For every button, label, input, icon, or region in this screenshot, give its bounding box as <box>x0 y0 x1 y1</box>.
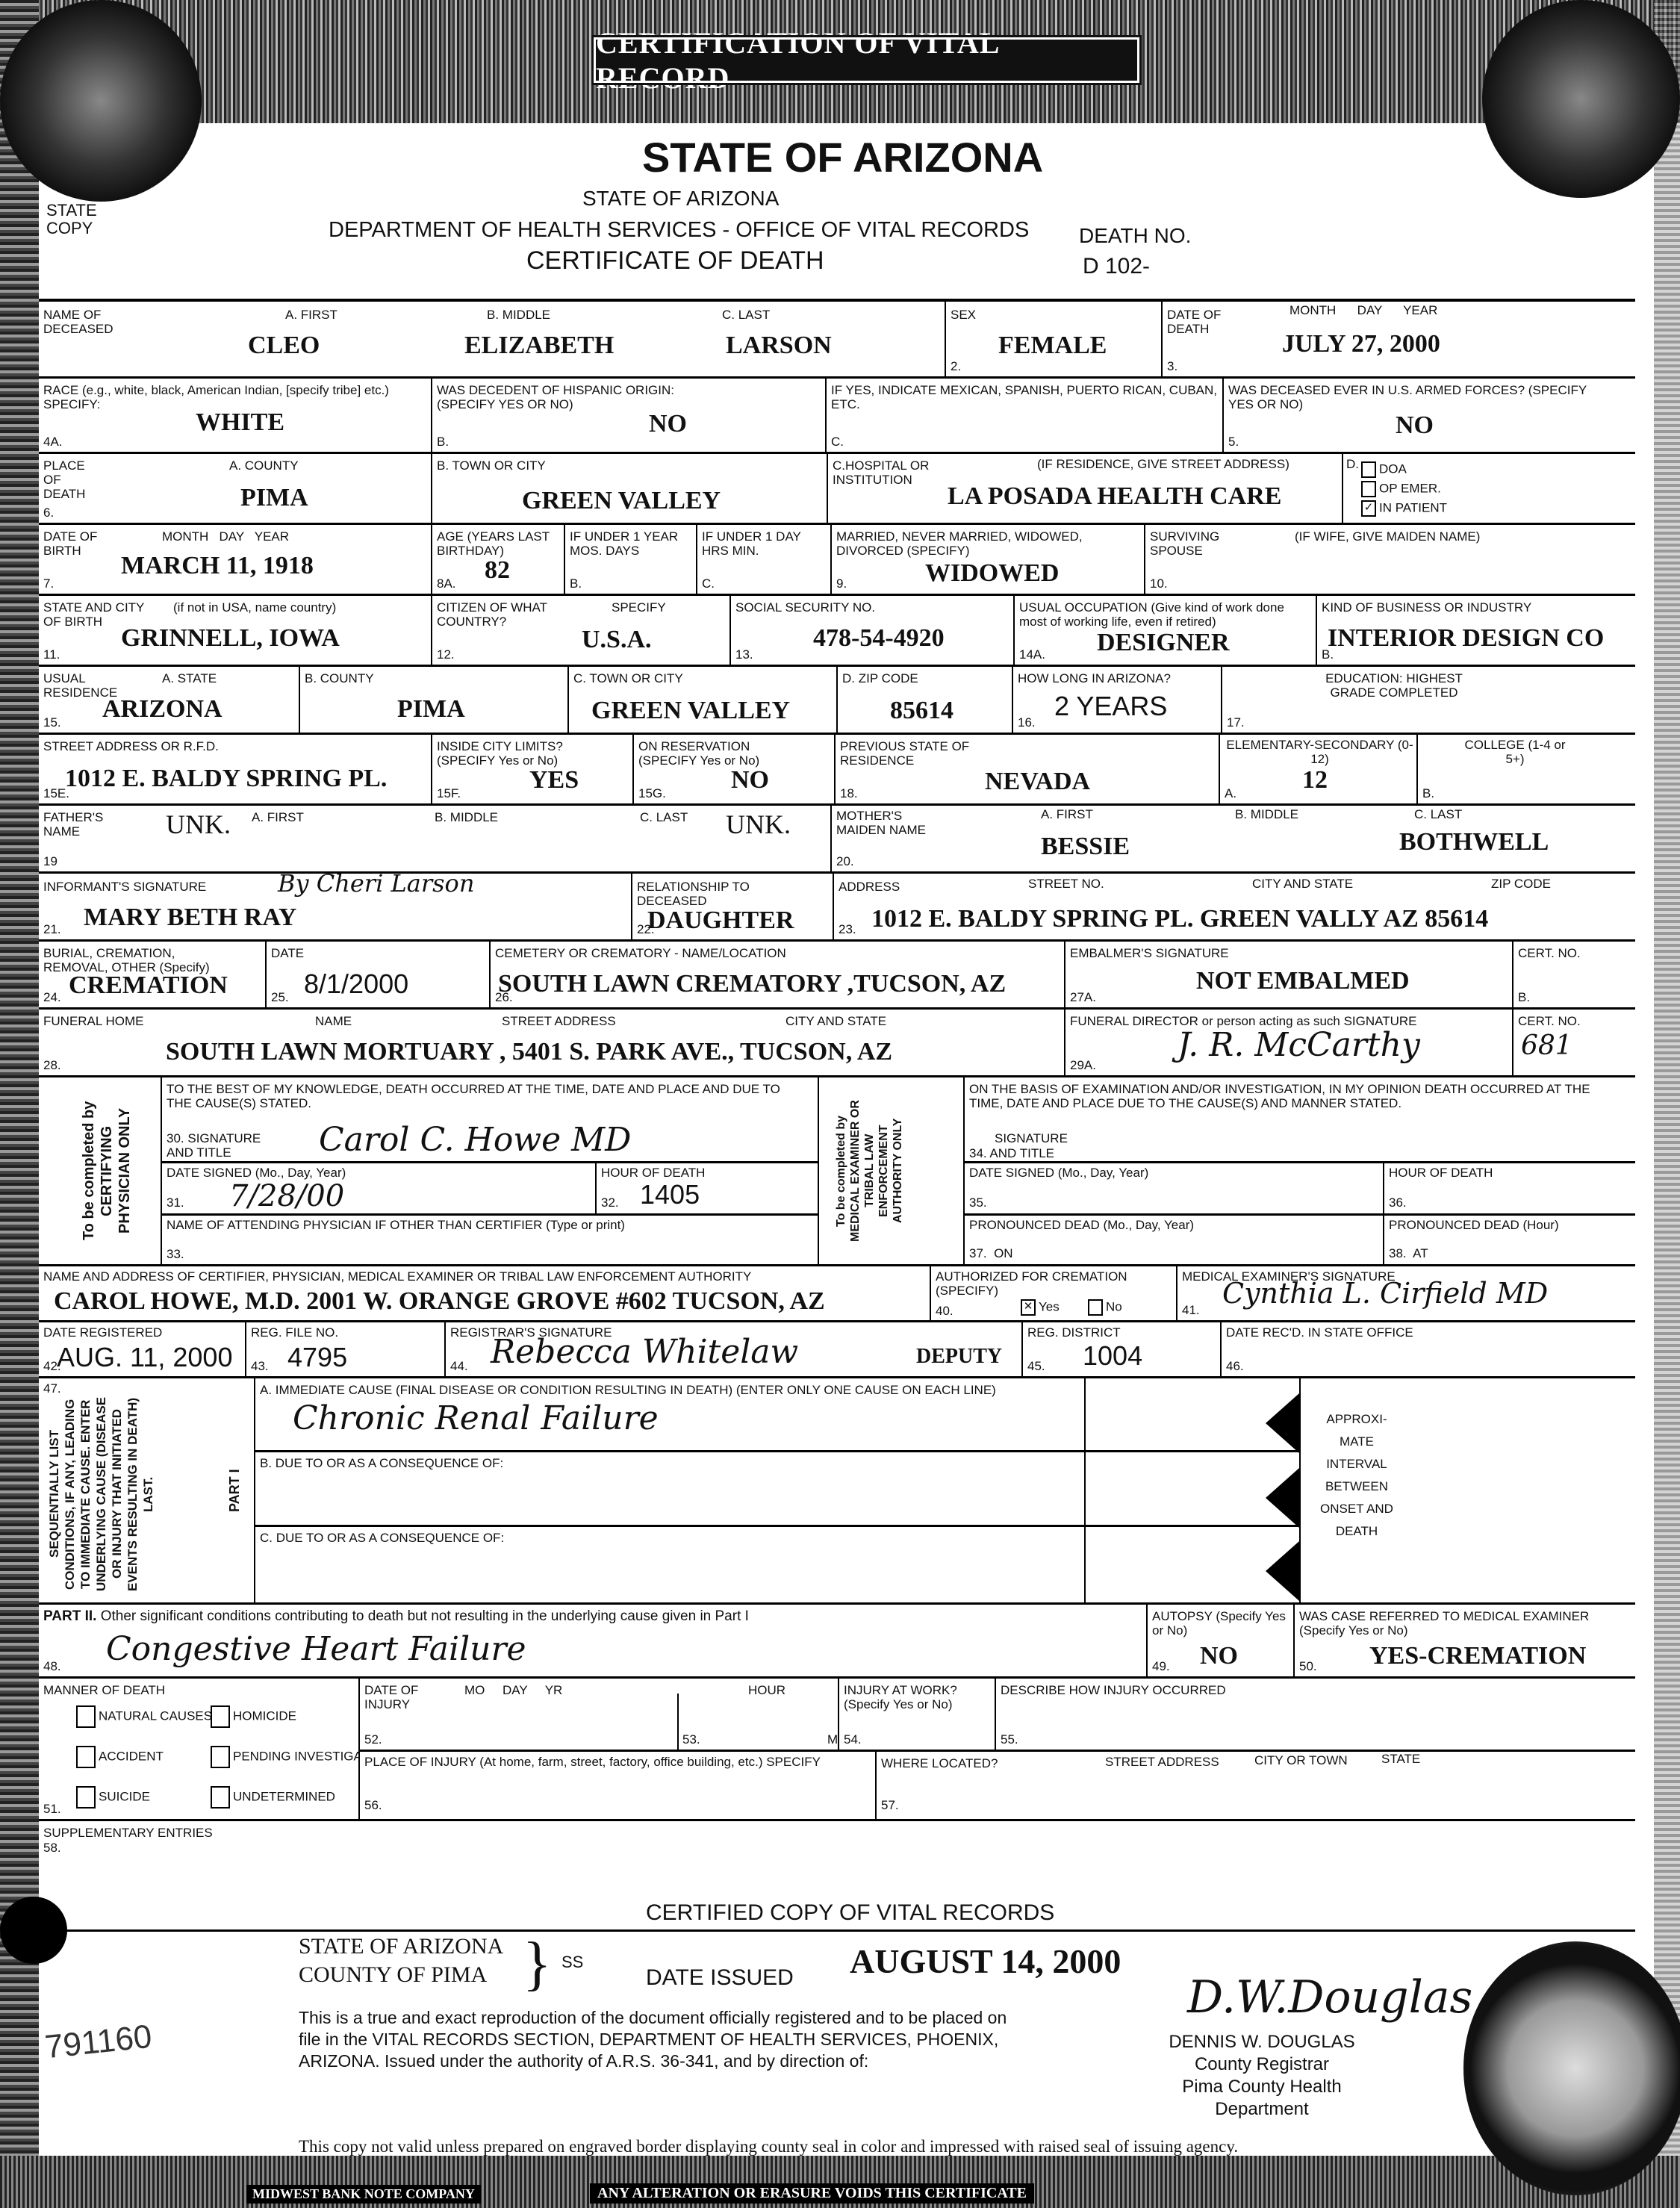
field-occupation: USUAL OCCUPATION (Give kind of work done… <box>1015 596 1317 665</box>
middle-name: ELIZABETH <box>464 332 614 360</box>
field-reg-file-no: REG. FILE NO. 4795 43. <box>246 1322 446 1376</box>
field-label: ON RESERVATION (SPECIFY Yes or No) <box>638 739 788 768</box>
field-residence-state: USUAL RESIDENCE A. STATE ARIZONA 15. <box>39 667 300 733</box>
field-label: APPROXI- MATE INTERVAL BETWEEN ONSET AND… <box>1316 1408 1398 1543</box>
field-value: 12 <box>1302 766 1328 794</box>
field-value: NEVADA <box>985 768 1090 796</box>
field-number: 14A. <box>1019 647 1045 662</box>
field-label: MONTH DAY YEAR <box>1289 303 1437 317</box>
immediate-cause: Chronic Renal Failure <box>293 1399 659 1437</box>
field-label: INSIDE CITY LIMITS? (SPECIFY Yes or No) <box>437 739 586 768</box>
field-number: 6. <box>43 506 54 520</box>
cremation-no-checkbox[interactable]: No <box>1088 1299 1122 1316</box>
field-funeral-home: FUNERAL HOME NAME STREET ADDRESS CITY AN… <box>39 1010 1065 1075</box>
field-elementary-secondary: ELEMENTARY-SECONDARY (0-12) 12 A. <box>1220 735 1418 803</box>
field-referred-me: WAS CASE REFERRED TO MEDICAL EXAMINER (S… <box>1295 1605 1635 1676</box>
field-value: DESIGNER <box>1097 629 1230 657</box>
field-label: (if not in USA, name country) <box>173 600 336 615</box>
field-label: 58. <box>43 1841 61 1855</box>
field-label: D. ZIP CODE <box>842 671 918 685</box>
physician-side-label: To be completed by CERTIFYING PHYSICIAN … <box>39 1077 162 1264</box>
field-label: FUNERAL HOME <box>43 1014 143 1028</box>
copy-type: STATE COPY <box>46 202 106 237</box>
field-label: 53. <box>682 1732 700 1747</box>
field-number: 2. <box>951 359 961 374</box>
field-value: MARCH 11, 1918 <box>121 552 314 580</box>
field-number: 29A. <box>1070 1058 1096 1073</box>
field-date-registered: DATE REGISTERED AUG. 11, 2000 42. <box>39 1322 246 1376</box>
field-value: MARY BETH RAY <box>84 904 296 932</box>
field-disposition-method: BURIAL, CREMATION, REMOVAL, OTHER (Speci… <box>39 942 267 1007</box>
field-label: AUTHORIZED FOR CREMATION (SPECIFY) <box>936 1269 1160 1298</box>
row-race: RACE (e.g., white, black, American India… <box>39 379 1635 454</box>
field-value: UNK. <box>166 809 231 840</box>
field-label: DATE REC'D. IN STATE OFFICE <box>1226 1325 1413 1340</box>
field-value: GREEN VALLEY <box>522 487 721 515</box>
field-number: 43. <box>251 1359 269 1374</box>
field-label: CITY OR TOWN <box>1254 1753 1348 1767</box>
field-manner-of-death: MANNER OF DEATH NATURAL CAUSES HOMICIDE … <box>39 1679 360 1819</box>
page-title: STATE OF ARIZONA <box>642 133 1043 181</box>
field-label: C. LAST <box>640 810 688 824</box>
field-label: (IF RESIDENCE, GIVE STREET ADDRESS) <box>1037 457 1289 471</box>
date-issued-value: AUGUST 14, 2000 <box>850 1941 1121 1981</box>
field-residence-county: B. COUNTY PIMA <box>300 667 569 733</box>
informant-signature: By Cheri Larson <box>278 874 474 898</box>
field-value: BESSIE <box>1041 833 1130 861</box>
field-label: IF UNDER 1 DAY HRS MIN. <box>702 529 829 558</box>
field-value: LA POSADA HEALTH CARE <box>948 482 1281 511</box>
field-label: D. <box>1346 457 1359 471</box>
field-value: GREEN VALLEY <box>591 697 790 725</box>
field-label: STATE <box>1381 1752 1420 1766</box>
corner-seal-top-right-icon <box>1482 0 1680 198</box>
field-value: 1012 E. BALDY SPRING PL. GREEN VALLY AZ … <box>871 905 1488 933</box>
certification-statement: This is a true and exact reproduction of… <box>299 2007 1015 2072</box>
row-manner-of-death: MANNER OF DEATH NATURAL CAUSES HOMICIDE … <box>39 1679 1635 1821</box>
pima-county-seal-icon <box>1463 1941 1680 2195</box>
field-father-name: FATHER'S NAME A. FIRST B. MIDDLE C. LAST… <box>39 806 832 871</box>
field-race: RACE (e.g., white, black, American India… <box>39 379 432 452</box>
field-label: MARRIED, NEVER MARRIED, WIDOWED, DIVORCE… <box>836 529 1135 558</box>
field-label: BURIAL, CREMATION, REMOVAL, OTHER (Speci… <box>43 946 223 974</box>
manner-accident-checkbox[interactable]: ACCIDENT <box>76 1746 164 1768</box>
field-reg-district: REG. DISTRICT 1004 45. <box>1023 1322 1222 1376</box>
field-number: 20. <box>836 854 854 869</box>
field-number: 12. <box>437 647 455 662</box>
in-patient-checkbox[interactable]: ✓IN PATIENT <box>1361 500 1447 517</box>
field-number: 5. <box>1228 435 1239 450</box>
field-label: A. STATE <box>162 671 217 685</box>
field-label: WAS DECEDENT OF HISPANIC ORIGIN: (SPECIF… <box>437 383 721 411</box>
field-number: 42. <box>43 1359 61 1374</box>
field-embalmer: EMBALMER'S SIGNATURE NOT EMBALMED 27A. <box>1065 942 1513 1007</box>
field-label: A. FIRST <box>285 308 337 322</box>
field-number: C. <box>702 576 715 591</box>
subtitle-state: STATE OF ARIZONA <box>582 187 779 211</box>
field-label: B. MIDDLE <box>435 810 498 824</box>
jurisdiction: STATE OF ARIZONA COUNTY OF PIMA <box>299 1932 503 1989</box>
field-label: COLLEGE (1-4 or 5+) <box>1455 738 1575 766</box>
field-label: PREVIOUS STATE OF RESIDENCE <box>840 739 989 768</box>
printer-label: MIDWEST BANK NOTE COMPANY <box>246 2185 481 2204</box>
field-value: SOUTH LAWN CREMATORY ,TUCSON, AZ <box>498 970 1006 998</box>
field-label: B. DUE TO OR AS A CONSEQUENCE OF: <box>260 1456 503 1470</box>
field-label: M <box>827 1732 838 1747</box>
row-birthplace: STATE AND CITY OF BIRTH (if not in USA, … <box>39 596 1635 667</box>
last-name: LARSON <box>726 332 832 360</box>
field-label: CITIZEN OF WHAT COUNTRY? <box>437 600 564 629</box>
field-date-received: DATE REC'D. IN STATE OFFICE 46. <box>1222 1322 1635 1376</box>
row-disposition: BURIAL, CREMATION, REMOVAL, OTHER (Speci… <box>39 942 1635 1010</box>
field-value: DEPUTY <box>916 1345 1002 1369</box>
field-disposition-date: DATE 8/1/2000 25. <box>267 942 491 1007</box>
field-value: 1004 <box>1083 1340 1142 1372</box>
registrar-title: County Registrar <box>1142 2053 1381 2076</box>
field-label: PART II. Other significant conditions co… <box>43 1609 749 1623</box>
field-how-long: HOW LONG IN ARIZONA? 2 YEARS 16. <box>1013 667 1222 733</box>
registrar-name: DENNIS W. DOUGLAS <box>1142 2031 1381 2053</box>
field-number: 26. <box>495 990 513 1005</box>
field-sex: SEX FEMALE 2. <box>946 302 1163 376</box>
date-issued-label: DATE ISSUED <box>646 1965 794 1991</box>
cause-side-label: 47. SEQUENTIALLY LIST CONDITIONS, IF ANY… <box>39 1378 255 1602</box>
field-number: 22. <box>637 922 655 937</box>
field-label: PLACE OF DEATH <box>43 458 103 501</box>
engraved-border-right <box>1654 0 1680 2208</box>
field-label: C. DUE TO OR AS A CONSEQUENCE OF: <box>260 1531 504 1545</box>
field-hospital: C.HOSPITAL OR INSTITUTION (IF RESIDENCE,… <box>828 454 1343 523</box>
field-label: DATE SIGNED (Mo., Day, Year) <box>969 1166 1148 1180</box>
field-label: ON THE BASIS OF EXAMINATION AND/OR INVES… <box>969 1082 1626 1110</box>
field-surviving-spouse: SURVIVING SPOUSE (IF WIFE, GIVE MAIDEN N… <box>1145 525 1635 594</box>
field-death-town: B. TOWN OR CITY GREEN VALLEY <box>432 454 828 523</box>
field-part-two: PART II. Other significant conditions co… <box>39 1605 1148 1676</box>
field-label: 56. <box>364 1798 382 1812</box>
field-name: NAME OF DECEASED A. FIRST B. MIDDLE C. L… <box>39 302 946 376</box>
physician-signature: Carol C. Howe MD <box>319 1121 631 1159</box>
field-citizenship: CITIZEN OF WHAT COUNTRY? SPECIFY U.S.A. … <box>432 596 731 665</box>
field-label: DATE REGISTERED <box>43 1325 162 1340</box>
row-informant: INFORMANT'S SIGNATURE By Cheri Larson MA… <box>39 874 1635 942</box>
field-label: AGE (YEARS LAST BIRTHDAY) <box>437 529 556 558</box>
field-value: PIMA <box>397 695 465 724</box>
physician-section: TO THE BEST OF MY KNOWLEDGE, DEATH OCCUR… <box>162 1077 819 1264</box>
field-industry: KIND OF BUSINESS OR INDUSTRY INTERIOR DE… <box>1317 596 1635 665</box>
corner-seal-top-left-icon <box>0 0 202 202</box>
field-value: U.S.A. <box>582 626 652 654</box>
field-number: B. <box>570 576 582 591</box>
field-number: A. <box>1225 786 1236 801</box>
field-number: 49. <box>1152 1659 1170 1674</box>
field-label: MO DAY YR <box>464 1683 562 1697</box>
field-zip: D. ZIP CODE 85614 <box>838 667 1013 733</box>
field-value: 1405 <box>640 1179 700 1210</box>
cremation-yes-checkbox[interactable]: ✕Yes <box>1021 1299 1060 1316</box>
field-number: C. <box>831 435 844 450</box>
field-label: HOUR OF DEATH <box>601 1166 705 1180</box>
interval-label-cell: APPROXI- MATE INTERVAL BETWEEN ONSET AND… <box>1301 1378 1635 1602</box>
field-label: REG. FILE NO. <box>251 1325 338 1340</box>
field-funeral-director: FUNERAL DIRECTOR or person acting as suc… <box>1065 1010 1513 1075</box>
field-number: B. <box>1518 990 1530 1005</box>
field-number: 9. <box>836 576 847 591</box>
field-value: 8/1/2000 <box>304 968 408 1000</box>
medical-examiner-signature: Cynthia L. Cirfield MD <box>1222 1277 1548 1310</box>
field-reservation: ON RESERVATION (SPECIFY Yes or No) NO 15… <box>634 735 836 803</box>
field-value: AUG. 11, 2000 <box>57 1342 232 1373</box>
field-label: IF YES, INDICATE MEXICAN, SPANISH, PUERT… <box>831 383 1219 411</box>
field-label: EDUCATION: HIGHEST GRADE COMPLETED <box>1319 671 1469 700</box>
field-label: SOCIAL SECURITY NO. <box>735 600 875 615</box>
field-value: NO <box>649 410 687 438</box>
field-label: 30. SIGNATURE AND TITLE <box>167 1131 264 1160</box>
field-number: 11. <box>43 647 60 662</box>
row-parents: FATHER'S NAME A. FIRST B. MIDDLE C. LAST… <box>39 806 1635 874</box>
manner-undetermined-checkbox[interactable]: UNDETERMINED <box>211 1786 335 1809</box>
field-number: 51. <box>43 1802 61 1817</box>
field-label: STREET NO. <box>1028 877 1104 891</box>
field-label: NAME OF DECEASED <box>43 308 133 336</box>
field-value: CAROL HOWE, M.D. 2001 W. ORANGE GROVE #6… <box>54 1287 825 1316</box>
handwritten-value: 7/28/00 <box>229 1179 344 1213</box>
field-label: USUAL OCCUPATION (Give kind of work done… <box>1019 600 1310 629</box>
field-number: 46. <box>1226 1359 1244 1374</box>
field-value: 4795 <box>287 1342 347 1373</box>
examiner-side-label: To be completed by MEDICAL EXAMINER OR T… <box>819 1077 965 1264</box>
field-number: 24. <box>43 990 61 1005</box>
field-label: C. LAST <box>1414 807 1462 821</box>
field-value: NO <box>731 766 769 794</box>
field-value: 1012 E. BALDY SPRING PL. <box>65 765 387 793</box>
field-ssn: SOCIAL SECURITY NO. 478-54-4920 13. <box>731 596 1015 665</box>
field-label: SUPPLEMENTARY ENTRIES <box>43 1826 213 1840</box>
field-label: C. LAST <box>722 308 770 322</box>
field-label: SURVIVING SPOUSE <box>1150 529 1225 558</box>
field-label: 32. <box>601 1195 619 1210</box>
handwritten-value: 681 <box>1521 1030 1572 1061</box>
contributing-conditions: Congestive Heart Failure <box>106 1630 526 1668</box>
field-number: 13. <box>735 647 753 662</box>
field-number: 33. <box>167 1247 184 1262</box>
stamp-number: 791160 <box>43 2018 154 2067</box>
field-label: USUAL RESIDENCE <box>43 671 103 700</box>
field-value: NOT EMBALMED <box>1196 967 1410 995</box>
field-label: HOW LONG IN ARIZONA? <box>1018 671 1171 685</box>
field-label: DATE OF DEATH <box>1167 308 1227 336</box>
sex-value: FEMALE <box>998 332 1107 360</box>
field-label: HOUR <box>748 1683 785 1697</box>
field-label: EMBALMER'S SIGNATURE <box>1070 946 1229 960</box>
row-funeral-home: FUNERAL HOME NAME STREET ADDRESS CITY AN… <box>39 1010 1635 1077</box>
field-under-1-day: IF UNDER 1 DAY HRS MIN. C. <box>697 525 832 594</box>
registrar-signature: Rebecca Whitelaw <box>491 1333 798 1371</box>
field-education: EDUCATION: HIGHEST GRADE COMPLETED 17. <box>1222 667 1635 733</box>
row-name: NAME OF DECEASED A. FIRST B. MIDDLE C. L… <box>39 299 1635 379</box>
field-label: MOTHER'S MAIDEN NAME <box>836 809 948 837</box>
field-label: ADDRESS <box>839 880 900 894</box>
field-label: WHERE LOCATED? <box>881 1756 998 1770</box>
registrar-department: Pima County Health Department <box>1142 2076 1381 2121</box>
vertical-label: To be completed by CERTIFYING PHYSICIAN … <box>80 1096 125 1246</box>
field-number: 48. <box>43 1659 61 1674</box>
department-name: DEPARTMENT OF HEALTH SERVICES - OFFICE O… <box>329 218 1029 243</box>
county-registrar-signature: D.W.Douglas <box>1187 1971 1472 2024</box>
field-label: A. FIRST <box>252 810 304 824</box>
field-previous-state: PREVIOUS STATE OF RESIDENCE NEVADA 18. <box>836 735 1220 803</box>
field-number: 41. <box>1182 1303 1200 1318</box>
field-value: INTERIOR DESIGN CO <box>1328 624 1604 653</box>
field-label: NAME <box>315 1014 352 1028</box>
field-me-signature: MEDICAL EXAMINER'S SIGNATURE Cynthia L. … <box>1177 1266 1635 1320</box>
field-label: STREET ADDRESS <box>1105 1755 1219 1769</box>
field-value: 478-54-4920 <box>813 624 945 653</box>
field-label: B. MIDDLE <box>487 308 550 322</box>
field-label: FATHER'S NAME <box>43 810 103 839</box>
field-label: SPECIFY <box>612 600 666 615</box>
field-label: NAME OF ATTENDING PHYSICIAN IF OTHER THA… <box>167 1218 625 1232</box>
field-director-cert: CERT. NO. 681 <box>1513 1010 1635 1075</box>
field-label: CEMETERY OR CREMATORY - NAME/LOCATION <box>495 946 786 960</box>
field-label: 57. <box>881 1798 899 1812</box>
field-value: 82 <box>485 556 510 585</box>
field-city-limits: INSIDE CITY LIMITS? (SPECIFY Yes or No) … <box>432 735 634 803</box>
field-label: INFORMANT'S SIGNATURE <box>43 880 206 894</box>
field-mother-maiden-name: MOTHER'S MAIDEN NAME A. FIRST B. MIDDLE … <box>832 806 1635 871</box>
field-embalmer-cert: CERT. NO. B. <box>1513 942 1635 1007</box>
field-label: CERT. NO. <box>1518 1014 1581 1028</box>
field-number: 19 <box>43 854 57 869</box>
field-value: BOTHWELL <box>1399 828 1549 856</box>
field-label: 40. <box>936 1304 953 1318</box>
field-label: B. COUNTY <box>305 671 374 685</box>
county-registrar-block: DENNIS W. DOUGLAS County Registrar Pima … <box>1142 2031 1381 2121</box>
manner-homicide-checkbox[interactable]: HOMICIDE <box>211 1705 296 1728</box>
row-certification: To be completed by CERTIFYING PHYSICIAN … <box>39 1077 1635 1266</box>
field-value: 2 YEARS <box>1054 691 1167 722</box>
validity-notice: This copy not valid unless prepared on e… <box>299 2137 1238 2156</box>
row-residence: USUAL RESIDENCE A. STATE ARIZONA 15. B. … <box>39 667 1635 735</box>
field-label: DATE <box>271 946 304 960</box>
vertical-label: PART I <box>225 1423 248 1558</box>
field-birthplace: STATE AND CITY OF BIRTH (if not in USA, … <box>39 596 432 665</box>
field-value: DAUGHTER <box>647 906 794 935</box>
field-value: SOUTH LAWN MORTUARY , 5401 S. PARK AVE.,… <box>166 1038 892 1066</box>
field-label: B. TOWN OR CITY <box>437 458 546 473</box>
row-street: STREET ADDRESS OR R.F.D. 1012 E. BALDY S… <box>39 735 1635 806</box>
field-college: COLLEGE (1-4 or 5+) B. <box>1418 735 1635 803</box>
op-emer-checkbox[interactable]: OP EMER. <box>1361 481 1441 497</box>
field-autopsy: AUTOPSY (Specify Yes or No) NO 49. <box>1148 1605 1295 1676</box>
field-patient-status: D. DOA OP EMER. ✓IN PATIENT <box>1343 454 1635 523</box>
field-label: MANNER OF DEATH <box>43 1683 165 1697</box>
ss-label: SS <box>561 1953 583 1972</box>
field-certifier: NAME AND ADDRESS OF CERTIFIER, PHYSICIAN… <box>39 1266 931 1320</box>
field-street-address: STREET ADDRESS OR R.F.D. 1012 E. BALDY S… <box>39 735 432 803</box>
engraved-border-left <box>0 0 39 2208</box>
manner-natural-checkbox[interactable]: NATURAL CAUSES <box>76 1705 212 1728</box>
field-informant-address: ADDRESS STREET NO. CITY AND STATE ZIP CO… <box>834 874 1635 939</box>
field-value: WHITE <box>196 408 284 437</box>
field-label: A. FIRST <box>1041 807 1093 821</box>
field-label: PRONOUNCED DEAD (Mo., Day, Year) <box>969 1218 1194 1232</box>
field-value: 85614 <box>890 697 953 725</box>
field-value: NO <box>1396 411 1434 440</box>
field-number: 7. <box>43 576 54 591</box>
field-age: AGE (YEARS LAST BIRTHDAY) 82 8A. <box>432 525 565 594</box>
field-label: TO THE BEST OF MY KNOWLEDGE, DEATH OCCUR… <box>167 1082 809 1110</box>
field-value: YES-CREMATION <box>1369 1642 1586 1670</box>
field-label: SIGNATURE <box>995 1131 1068 1145</box>
field-number: 10. <box>1150 576 1168 591</box>
doa-checkbox[interactable]: DOA <box>1361 461 1407 478</box>
row-certifier: NAME AND ADDRESS OF CERTIFIER, PHYSICIAN… <box>39 1266 1635 1322</box>
field-number: 44. <box>450 1359 468 1374</box>
field-value: YES <box>529 766 579 794</box>
field-hispanic-detail: IF YES, INDICATE MEXICAN, SPANISH, PUERT… <box>827 379 1224 452</box>
field-number: 15F. <box>437 786 461 801</box>
field-value: CREMATION <box>69 971 228 1000</box>
field-number: 16. <box>1018 715 1036 730</box>
field-number: 15G. <box>638 786 666 801</box>
field-label: CERT. NO. <box>1518 946 1581 960</box>
certified-copy-title: CERTIFIED COPY OF VITAL RECORDS <box>646 1900 1054 1926</box>
field-informant: INFORMANT'S SIGNATURE By Cheri Larson MA… <box>39 874 632 939</box>
field-label: ELEMENTARY-SECONDARY (0-12) <box>1225 738 1415 766</box>
row-birth: DATE OF BIRTH MONTH DAY YEAR MARCH 11, 1… <box>39 525 1635 596</box>
field-number: B. <box>437 435 449 450</box>
field-date-of-birth: DATE OF BIRTH MONTH DAY YEAR MARCH 11, 1… <box>39 525 432 594</box>
field-label: STREET ADDRESS <box>502 1014 616 1028</box>
date-of-death-value: JULY 27, 2000 <box>1282 330 1440 358</box>
field-label: SEX <box>951 308 976 322</box>
field-label: 36. <box>1389 1195 1407 1210</box>
injury-section: DATE OF INJURY MO DAY YR 52. HOUR 53. M … <box>360 1679 1635 1819</box>
brace-icon: } <box>523 1930 551 1998</box>
field-label: B. MIDDLE <box>1235 807 1298 821</box>
vertical-label: To be completed by MEDICAL EXAMINER OR T… <box>834 1092 946 1249</box>
field-armed-forces: WAS DECEASED EVER IN U.S. ARMED FORCES? … <box>1224 379 1635 452</box>
field-number: 50. <box>1299 1659 1317 1674</box>
field-value: PIMA <box>240 484 308 512</box>
field-label: INJURY AT WORK? (Specify Yes or No) <box>844 1683 993 1711</box>
manner-suicide-checkbox[interactable]: SUICIDE <box>76 1786 150 1809</box>
field-number: 27A. <box>1070 990 1096 1005</box>
field-label: 54. <box>844 1732 862 1747</box>
field-cremation-authorized: AUTHORIZED FOR CREMATION (SPECIFY) 40. ✕… <box>931 1266 1177 1320</box>
field-label: C.HOSPITAL OR INSTITUTION <box>833 458 937 487</box>
field-label: KIND OF BUSINESS OR INDUSTRY <box>1322 600 1531 615</box>
alteration-warning: ANY ALTERATION OR ERASURE VOIDS THIS CER… <box>590 2183 1034 2204</box>
field-marital-status: MARRIED, NEVER MARRIED, WIDOWED, DIVORCE… <box>832 525 1145 594</box>
row-place-of-death: PLACE OF DEATH A. COUNTY PIMA 6. B. TOWN… <box>39 454 1635 525</box>
field-value: GRINNELL, IOWA <box>121 624 340 653</box>
field-number: 45. <box>1027 1359 1045 1374</box>
field-label: A. IMMEDIATE CAUSE (FINAL DISEASE OR CON… <box>260 1383 996 1397</box>
death-certificate-form: NAME OF DECEASED A. FIRST B. MIDDLE C. L… <box>39 299 1635 1932</box>
field-label: ZIP CODE <box>1491 877 1551 891</box>
field-label: CITY AND STATE <box>785 1014 886 1028</box>
field-number: 8A. <box>437 576 456 591</box>
field-label: A. COUNTY <box>229 458 299 473</box>
field-number: B. <box>1422 786 1434 801</box>
field-label: DATE OF INJURY <box>364 1683 439 1711</box>
certification-banner: CERTIFICATION OF VITAL RECORD <box>594 37 1139 83</box>
manner-pending-checkbox[interactable]: PENDING INVESTIGATION <box>211 1746 360 1768</box>
field-number: 21. <box>43 922 61 937</box>
death-no-value: D 102- <box>1083 254 1150 279</box>
cause-lines: A. IMMEDIATE CAUSE (FINAL DISEASE OR CON… <box>255 1378 1301 1602</box>
